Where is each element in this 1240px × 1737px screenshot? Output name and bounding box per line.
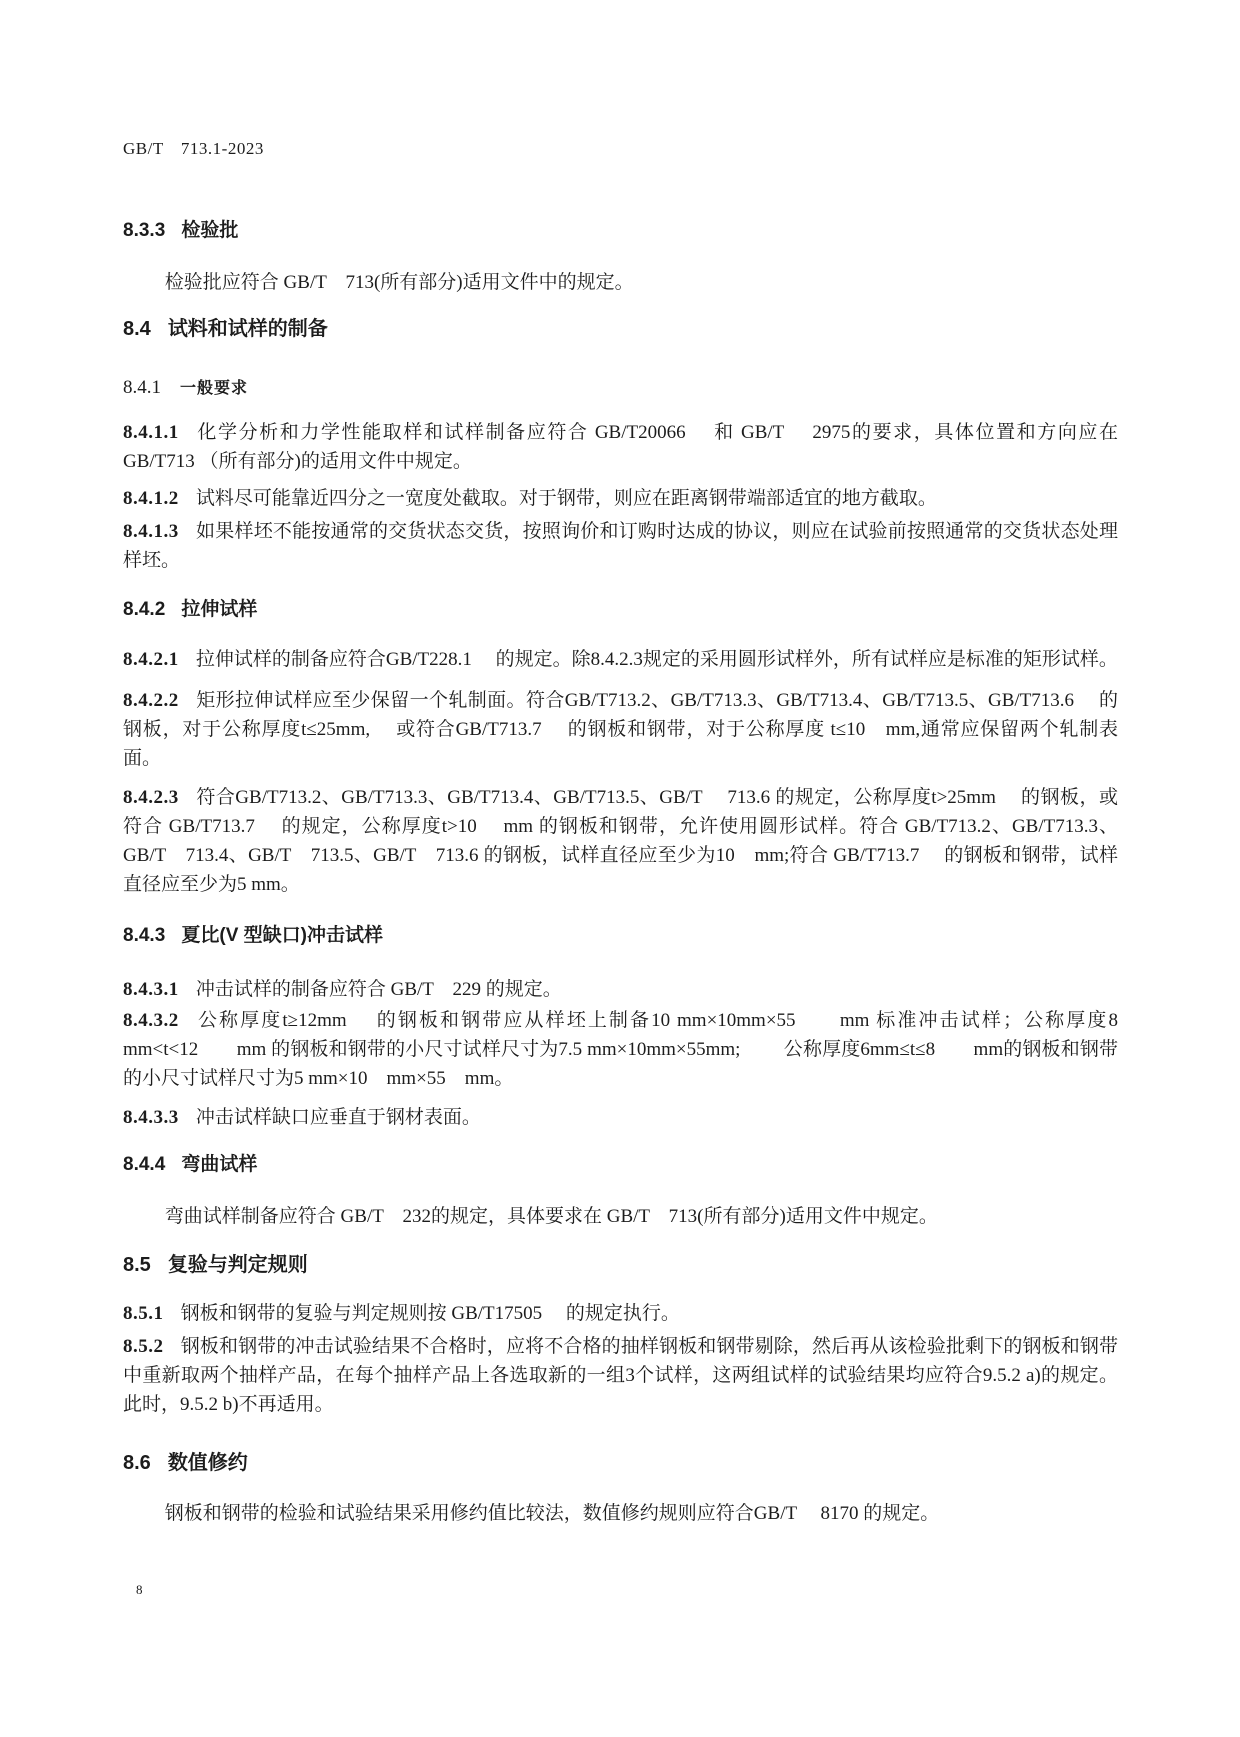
- clause-number: 8.4.3.1: [123, 979, 179, 1000]
- paragraph-8-4-3-2: 8.4.3.2公称厚度t≥12mm 的钢板和钢带应从样坯上制备10 mm×10m…: [123, 1006, 1118, 1093]
- section-number: 8.4.3: [123, 925, 165, 946]
- paragraph-8-4-3-1: 8.4.3.1冲击试样的制备应符合 GB/T 229 的规定。: [123, 975, 1118, 1004]
- paragraph-8-4-1-1: 8.4.1.1化学分析和力学性能取样和试样制备应符合 GB/T20066 和 G…: [123, 418, 1118, 476]
- clause-text: 公称厚度t≥12mm 的钢板和钢带应从样坯上制备10 mm×10mm×55 mm…: [123, 1010, 1118, 1089]
- paragraph-8-4-2-1: 8.4.2.1拉伸试样的制备应符合GB/T228.1 的规定。除8.4.2.3规…: [123, 645, 1118, 674]
- clause-text: 冲击试样缺口应垂直于钢材表面。: [196, 1107, 481, 1128]
- clause-text: 钢板和钢带的冲击试验结果不合格时，应将不合格的抽样钢板和钢带剔除，然后再从该检验…: [123, 1336, 1118, 1415]
- clause-text: 试料尽可能靠近四分之一宽度处截取。对于钢带，则应在距离钢带端部适宜的地方截取。: [196, 488, 937, 509]
- section-heading-8-4-2: 8.4.2拉伸试样: [123, 597, 1118, 623]
- clause-number: 8.4.1.1: [123, 422, 179, 443]
- paragraph-8-3-3: 检验批应符合 GB/T 713(所有部分)适用文件中的规定。: [123, 268, 1118, 297]
- section-number: 8.6: [123, 1452, 151, 1474]
- section-number: 8.4.2: [123, 599, 165, 620]
- section-number: 8.4.4: [123, 1154, 165, 1175]
- paragraph-8-5-2: 8.5.2钢板和钢带的冲击试验结果不合格时，应将不合格的抽样钢板和钢带剔除，然后…: [123, 1332, 1118, 1419]
- section-number: 8.3.3: [123, 220, 165, 241]
- standard-code-header: GB/T 713.1-2023: [123, 138, 1118, 160]
- clause-text: 矩形拉伸试样应至少保留一个轧制面。符合GB/T713.2、GB/T713.3、G…: [123, 690, 1118, 769]
- clause-number: 8.5.1: [123, 1303, 164, 1324]
- paragraph-8-4-3-3: 8.4.3.3冲击试样缺口应垂直于钢材表面。: [123, 1103, 1118, 1132]
- section-number: 8.4.1: [123, 377, 161, 398]
- paragraph-8-4-4: 弯曲试样制备应符合 GB/T 232的规定，具体要求在 GB/T 713(所有部…: [123, 1202, 1118, 1231]
- section-title: 一般要求: [180, 380, 248, 397]
- section-heading-8-3-3: 8.3.3检验批: [123, 218, 1118, 244]
- section-heading-8-4-1: 8.4.1一般要求: [123, 377, 1118, 400]
- paragraph-8-4-1-3: 8.4.1.3如果样坯不能按通常的交货状态交货，按照询价和订购时达成的协议，则应…: [123, 517, 1118, 575]
- section-title: 拉伸试样: [181, 599, 257, 620]
- section-number: 8.5: [123, 1254, 151, 1276]
- section-title: 复验与判定规则: [168, 1254, 308, 1276]
- paragraph-8-6: 钢板和钢带的检验和试验结果采用修约值比较法，数值修约规则应符合GB/T 8170…: [123, 1499, 1118, 1528]
- clause-text: 化学分析和力学性能取样和试样制备应符合 GB/T20066 和 GB/T 297…: [123, 422, 1118, 472]
- clause-text: 符合GB/T713.2、GB/T713.3、GB/T713.4、GB/T713.…: [123, 787, 1118, 895]
- section-title: 弯曲试样: [181, 1154, 257, 1175]
- section-title: 检验批: [181, 220, 238, 241]
- paragraph-8-5-1: 8.5.1钢板和钢带的复验与判定规则按 GB/T17505 的规定执行。: [123, 1299, 1118, 1328]
- section-title: 数值修约: [168, 1452, 248, 1474]
- section-heading-8-6: 8.6数值修约: [123, 1449, 1118, 1477]
- clause-number: 8.4.1.3: [123, 521, 179, 542]
- paragraph-8-4-1-2: 8.4.1.2试料尽可能靠近四分之一宽度处截取。对于钢带，则应在距离钢带端部适宜…: [123, 484, 1118, 513]
- page-number: 8: [136, 1582, 1118, 1598]
- clause-number: 8.4.3.2: [123, 1010, 179, 1031]
- clause-text: 如果样坯不能按通常的交货状态交货，按照询价和订购时达成的协议，则应在试验前按照通…: [123, 521, 1118, 571]
- section-heading-8-4-4: 8.4.4弯曲试样: [123, 1152, 1118, 1178]
- section-number: 8.4: [123, 318, 151, 340]
- clause-number: 8.4.2.3: [123, 787, 179, 808]
- clause-number: 8.4.3.3: [123, 1107, 179, 1128]
- section-heading-8-4: 8.4试料和试样的制备: [123, 315, 1118, 343]
- paragraph-8-4-2-2: 8.4.2.2矩形拉伸试样应至少保留一个轧制面。符合GB/T713.2、GB/T…: [123, 686, 1118, 773]
- clause-number: 8.4.1.2: [123, 488, 179, 509]
- clause-text: 拉伸试样的制备应符合GB/T228.1 的规定。除8.4.2.3规定的采用圆形试…: [196, 649, 1118, 670]
- clause-number: 8.4.2.1: [123, 649, 179, 670]
- section-heading-8-5: 8.5复验与判定规则: [123, 1251, 1118, 1279]
- document-page: GB/T 713.1-2023 8.3.3检验批 检验批应符合 GB/T 713…: [0, 0, 1240, 1737]
- section-title: 夏比(V 型缺口)冲击试样: [181, 925, 383, 946]
- clause-number: 8.5.2: [123, 1336, 164, 1357]
- section-heading-8-4-3: 8.4.3夏比(V 型缺口)冲击试样: [123, 923, 1118, 949]
- section-title: 试料和试样的制备: [168, 318, 328, 340]
- clause-text: 冲击试样的制备应符合 GB/T 229 的规定。: [196, 979, 562, 1000]
- clause-number: 8.4.2.2: [123, 690, 179, 711]
- clause-text: 钢板和钢带的复验与判定规则按 GB/T17505 的规定执行。: [181, 1303, 680, 1324]
- paragraph-8-4-2-3: 8.4.2.3符合GB/T713.2、GB/T713.3、GB/T713.4、G…: [123, 783, 1118, 899]
